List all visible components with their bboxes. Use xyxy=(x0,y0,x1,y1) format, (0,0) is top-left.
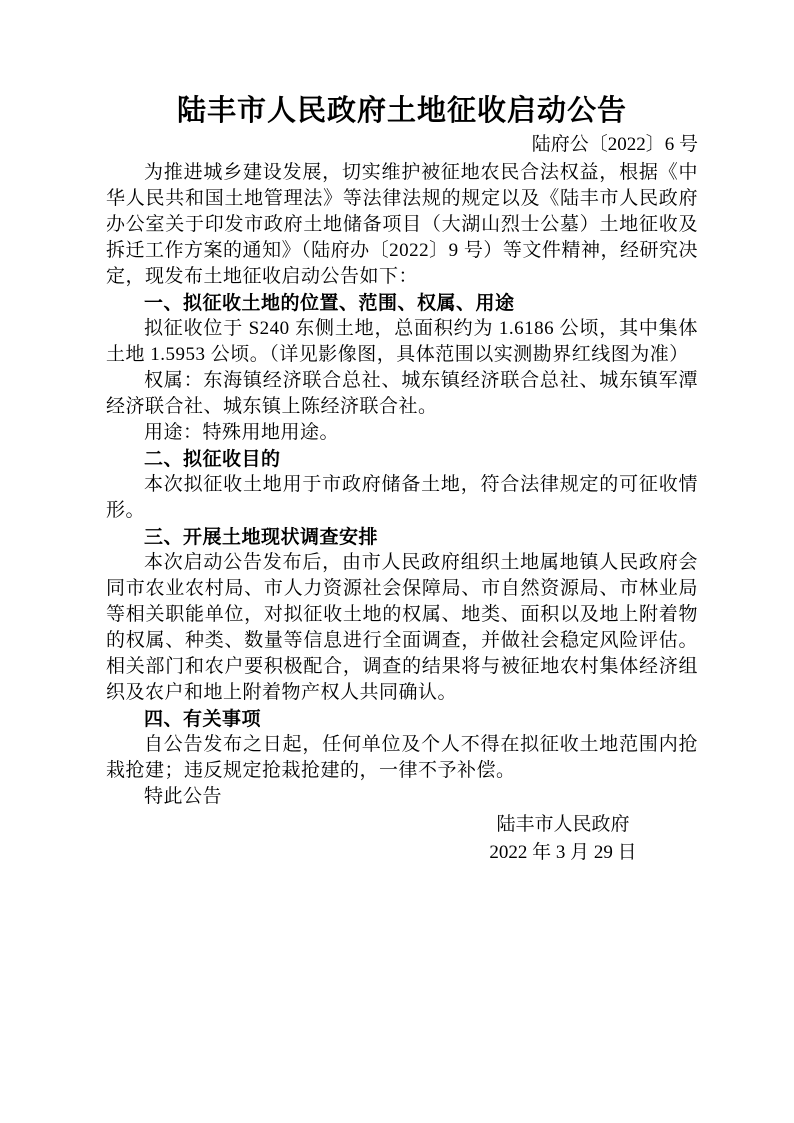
section-heading-2: 二、拟征收目的 xyxy=(106,446,698,472)
signature-issuer: 陆丰市人民政府 xyxy=(428,811,698,839)
section-heading-3: 三、开展土地现状调查安排 xyxy=(106,524,698,550)
body-paragraph-ownership: 权属：东海镇经济联合总社、城东镇经济联合总社、城东镇军潭经济联合社、城东镇上陈经… xyxy=(106,368,698,420)
body-paragraph-matters: 自公告发布之日起，任何单位及个人不得在拟征收土地范围内抢栽抢建；违反规定抢栽抢建… xyxy=(106,732,698,784)
document-page: 陆丰市人民政府土地征收启动公告 陆府公〔2022〕6 号 为推进城乡建设发展，切… xyxy=(0,0,794,1123)
signature-block: 陆丰市人民政府 2022 年 3 月 29 日 xyxy=(428,811,698,867)
body-paragraph-closing: 特此公告 xyxy=(106,784,698,810)
body-paragraph-usage: 用途：特殊用地用途。 xyxy=(106,420,698,446)
body-paragraph-survey: 本次启动公告发布后，由市人民政府组织土地属地镇人民政府会同市农业农村局、市人力资… xyxy=(106,550,698,706)
signature-date: 2022 年 3 月 29 日 xyxy=(428,839,698,867)
section-heading-4: 四、有关事项 xyxy=(106,706,698,732)
document-number: 陆府公〔2022〕6 号 xyxy=(106,130,698,160)
section-heading-1: 一、拟征收土地的位置、范围、权属、用途 xyxy=(106,290,698,316)
document-title: 陆丰市人民政府土地征收启动公告 xyxy=(106,90,698,130)
body-paragraph-location: 拟征收位于 S240 东侧土地，总面积约为 1.6186 公顷，其中集体土地 1… xyxy=(106,316,698,368)
body-paragraph-purpose: 本次拟征收土地用于市政府储备土地，符合法律规定的可征收情形。 xyxy=(106,472,698,524)
body-paragraph-intro: 为推进城乡建设发展，切实维护被征地农民合法权益，根据《中华人民共和国土地管理法》… xyxy=(106,160,698,290)
